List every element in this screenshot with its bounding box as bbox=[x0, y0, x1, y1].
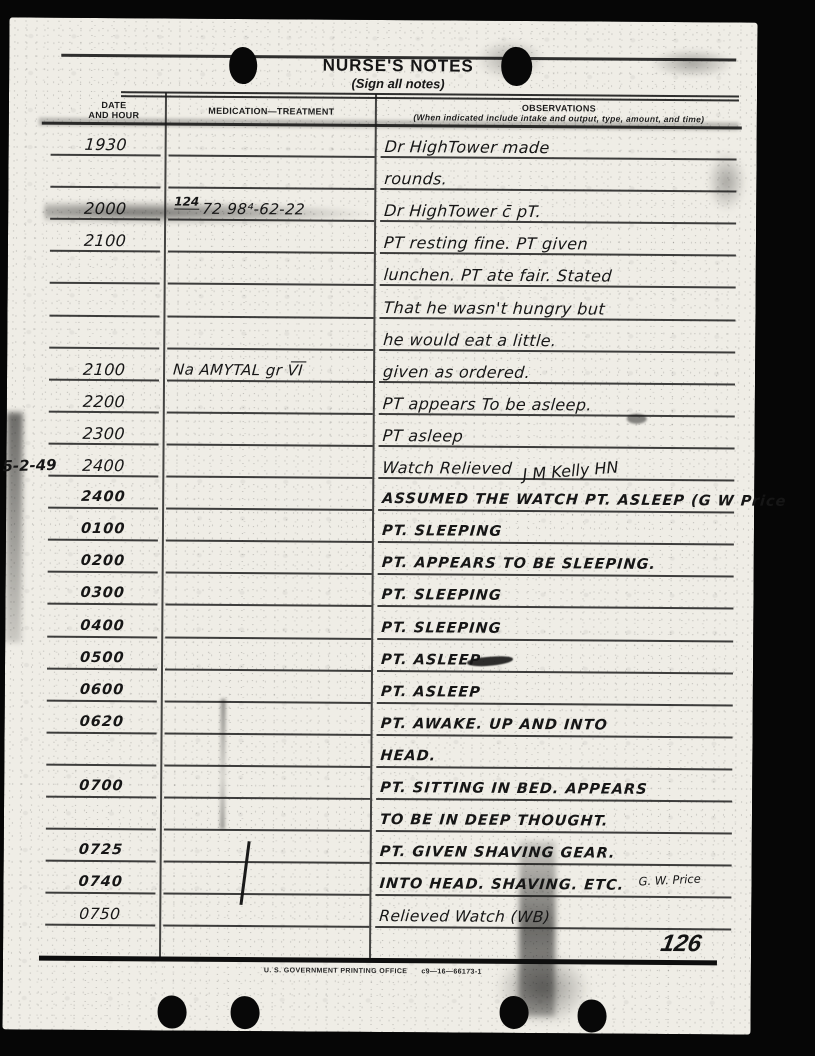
row-observation: Dr HighTower c̄ pT. bbox=[383, 201, 542, 221]
row-observation: PT. GIVEN SHAVING GEAR. bbox=[379, 843, 616, 864]
row-observation: lunchen. PT ate fair. Stated bbox=[383, 265, 613, 286]
row-date-hour: 0200 bbox=[80, 552, 126, 571]
row-medication-cell bbox=[165, 577, 371, 607]
row-observation-cell: PT. SLEEPING bbox=[377, 610, 733, 641]
row-date-hour: 0740 bbox=[78, 873, 124, 892]
row-date-hour-cell: 2100 bbox=[50, 223, 160, 253]
row-observation-cell: PT. SLEEPING bbox=[378, 514, 734, 545]
row-date-hour-cell: 1930 bbox=[51, 127, 161, 157]
footer-code: c9—16—66173-1 bbox=[421, 968, 482, 975]
row-date-hour: 2000 bbox=[83, 199, 127, 218]
row-medication-cell bbox=[163, 866, 369, 896]
row-date-hour-cell bbox=[50, 255, 160, 285]
row-date-hour: 0750 bbox=[79, 905, 122, 924]
table-row: 0700 PT. SITTING IN BED. APPEARS bbox=[4, 770, 752, 802]
row-date-hour: 2400 bbox=[82, 456, 126, 475]
row-observation-cell: PT appears To be asleep. bbox=[379, 386, 735, 417]
row-date-hour: 0700 bbox=[78, 777, 124, 796]
row-medication-cell bbox=[164, 834, 370, 864]
row-observation: TO BE IN DEEP THOUGHT. bbox=[379, 811, 609, 832]
row-medication-cell bbox=[168, 224, 374, 254]
row-date-hour-cell: 0400 bbox=[47, 608, 157, 638]
row-date-hour: 0500 bbox=[79, 649, 125, 668]
row-observation: That he wasn't hungry but bbox=[383, 298, 606, 319]
row-observation-cell: PT. SITTING IN BED. APPEARS bbox=[376, 771, 732, 802]
row-date-hour-cell bbox=[49, 287, 159, 317]
row-date-hour-cell: 0750 bbox=[45, 897, 155, 927]
row-date-hour: 2100 bbox=[83, 231, 127, 250]
row-date-hour-cell: 0740 bbox=[45, 865, 155, 895]
row-observation: PT asleep bbox=[382, 426, 464, 446]
row-observation: rounds. bbox=[384, 169, 448, 188]
row-date-hour-cell: 0600 bbox=[47, 672, 157, 702]
row-observation-cell: lunchen. PT ate fair. Stated bbox=[380, 257, 736, 288]
row-medication-cell bbox=[167, 320, 373, 350]
row-date-hour: 1930 bbox=[84, 135, 128, 154]
row-observation: PT appears To be asleep. bbox=[382, 394, 593, 414]
table-row: HEAD. bbox=[4, 738, 752, 770]
row-date-hour-cell: 2400 bbox=[48, 448, 158, 478]
row-observation-cell: given as ordered. bbox=[379, 354, 735, 385]
row-medication-cell bbox=[164, 737, 370, 767]
table-row: 2300 PT asleep bbox=[7, 417, 755, 449]
row-medication-cell bbox=[166, 545, 372, 575]
row-observation-cell: PT. GIVEN SHAVING GEAR. bbox=[376, 835, 732, 866]
row-medication-cell bbox=[169, 128, 375, 158]
row-date-hour-cell: 2100 bbox=[49, 351, 159, 381]
row-observation-cell: he would eat a little. bbox=[379, 322, 735, 353]
row-observation: PT. APPEARS TO BE SLEEPING. bbox=[381, 554, 657, 575]
row-date-hour-cell: 0700 bbox=[46, 769, 156, 799]
row-observation-cell: PT. ASLEEP bbox=[377, 643, 733, 674]
table-row: 0100 PT. SLEEPING bbox=[6, 514, 754, 546]
row-date-hour-cell bbox=[46, 737, 156, 767]
table-row: 5-2-49 2400 Watch RelievedJ M Kelly HN bbox=[6, 449, 754, 481]
row-date-hour: 0620 bbox=[79, 713, 125, 732]
row-medication-cell bbox=[166, 513, 372, 543]
table-row: 0740 INTO HEAD. SHAVING. ETC.G. W. Price bbox=[3, 867, 751, 899]
row-observation: PT. SLEEPING bbox=[381, 586, 503, 606]
rows: 1930 Dr HighTower made rounds. 2000 1247… bbox=[2, 17, 757, 1034]
row-date-hour-cell: 0200 bbox=[48, 544, 158, 574]
row-observation: Relieved Watch (WB) bbox=[379, 907, 551, 927]
row-observation-cell: Dr HighTower made bbox=[381, 129, 737, 160]
row-medication-cell bbox=[166, 449, 372, 479]
row-medication-cell bbox=[167, 288, 373, 318]
table-row: 1930 Dr HighTower made bbox=[9, 128, 757, 160]
table-row: 2100 PT resting fine. PT given bbox=[8, 225, 756, 257]
table-row: rounds. bbox=[8, 160, 756, 192]
row-medication-cell bbox=[167, 416, 373, 446]
row-date-hour: 2200 bbox=[82, 392, 126, 411]
row-medication-cell bbox=[167, 384, 373, 414]
row-medication-cell bbox=[166, 481, 372, 511]
row-observation-cell: PT. SLEEPING bbox=[377, 578, 733, 609]
row-observation: HEAD. bbox=[380, 747, 437, 766]
row-observation: Watch Relieved bbox=[382, 458, 513, 478]
row-date-hour-cell: 2300 bbox=[49, 416, 159, 446]
row-date-hour: 0400 bbox=[79, 616, 125, 635]
row-medication-cell bbox=[165, 705, 371, 735]
row-observation: PT. ASLEEP bbox=[380, 651, 481, 671]
row-observation: PT resting fine. PT given bbox=[383, 233, 589, 253]
row-observation-cell: HEAD. bbox=[376, 739, 732, 770]
row-observation: Dr HighTower made bbox=[384, 137, 551, 157]
table-row: he would eat a little. bbox=[7, 321, 755, 353]
row-date-hour-cell bbox=[50, 159, 160, 189]
row-observation-cell: Watch RelievedJ M Kelly HN bbox=[378, 450, 734, 481]
row-medication-cell bbox=[165, 609, 371, 639]
table-row: 2100 Na AMYTAL gr V̅I̅ given as ordered. bbox=[7, 353, 755, 385]
row-date-hour-cell: 0300 bbox=[47, 576, 157, 606]
row-medication: 72 98⁴-62-22 bbox=[202, 200, 306, 220]
row-observation-cell: Dr HighTower c̄ pT. bbox=[380, 193, 736, 224]
row-date-hour-cell: 0620 bbox=[47, 704, 157, 734]
row-observation-cell: ASSUMED THE WATCH PT. ASLEEP (G W Price bbox=[378, 482, 734, 513]
row-observation: PT. SLEEPING bbox=[381, 522, 503, 542]
row-medication-cell bbox=[163, 898, 369, 928]
page-number: 126 bbox=[659, 930, 724, 958]
table-row: 0500 PT. ASLEEP bbox=[5, 642, 753, 674]
row-date-hour-cell: 2400 bbox=[48, 480, 158, 510]
row-observation-cell: rounds. bbox=[380, 161, 736, 192]
table-row: 0750 Relieved Watch (WB) bbox=[3, 899, 751, 931]
row-date-hour: 2300 bbox=[82, 424, 126, 443]
row-observation: PT. SITTING IN BED. APPEARS bbox=[379, 779, 648, 800]
row-observation: INTO HEAD. SHAVING. ETC. bbox=[379, 875, 625, 896]
row-date-hour: 2100 bbox=[82, 360, 126, 379]
row-observation-cell: That he wasn't hungry but bbox=[379, 289, 735, 320]
row-signature: G. W. Price bbox=[638, 872, 701, 889]
row-medication-cell bbox=[164, 770, 370, 800]
row-medication-cell bbox=[165, 673, 371, 703]
table-row: That he wasn't hungry but bbox=[7, 289, 755, 321]
table-row: 0400 PT. SLEEPING bbox=[5, 610, 753, 642]
table-row: 0200 PT. APPEARS TO BE SLEEPING. bbox=[6, 546, 754, 578]
hole-punch bbox=[577, 999, 606, 1032]
row-medication-cell: Na AMYTAL gr V̅I̅ bbox=[167, 352, 373, 382]
row-observation: he would eat a little. bbox=[383, 330, 558, 350]
table-row: lunchen. PT ate fair. Stated bbox=[8, 257, 756, 289]
table-row: 0300 PT. SLEEPING bbox=[5, 578, 753, 610]
row-date-hour-cell: 2000 bbox=[50, 191, 160, 221]
scan-background: NURSE'S NOTES (Sign all notes) DATE AND … bbox=[0, 0, 815, 1056]
row-observation: given as ordered. bbox=[382, 362, 531, 382]
table-row: 0725 PT. GIVEN SHAVING GEAR. bbox=[4, 835, 752, 867]
row-observation-cell: INTO HEAD. SHAVING. ETC.G. W. Price bbox=[375, 867, 731, 898]
hole-punch bbox=[230, 996, 259, 1029]
row-observation-cell: PT resting fine. PT given bbox=[380, 225, 736, 256]
row-date-hour: 0300 bbox=[80, 584, 126, 603]
row-medication-cell: 12472 98⁴-62-22 bbox=[168, 192, 374, 222]
row-medication-cell bbox=[168, 160, 374, 190]
row-date-hour-cell: 0725 bbox=[46, 833, 156, 863]
table-row: TO BE IN DEEP THOUGHT. bbox=[4, 802, 752, 834]
table-row: 0600 PT. ASLEEP bbox=[5, 674, 753, 706]
row-observation-cell: PT. AWAKE. UP AND INTO bbox=[377, 707, 733, 738]
row-date-hour-cell: 0500 bbox=[47, 640, 157, 670]
row-observation: PT. ASLEEP bbox=[380, 683, 481, 703]
row-observation: PT. SLEEPING bbox=[381, 619, 503, 639]
row-date-hour-cell bbox=[49, 319, 159, 349]
table-row: 2000 12472 98⁴-62-22 Dr HighTower c̄ pT. bbox=[8, 193, 756, 225]
row-observation-cell: Relieved Watch (WB) bbox=[375, 899, 731, 930]
row-observation-cell: TO BE IN DEEP THOUGHT. bbox=[376, 803, 732, 834]
row-medication: Na AMYTAL gr V̅I̅ bbox=[172, 360, 303, 380]
footer-printer: U. S. GOVERNMENT PRINTING OFFICE bbox=[264, 967, 408, 975]
row-signature: J M Kelly HN bbox=[522, 458, 619, 485]
nurses-notes-page: NURSE'S NOTES (Sign all notes) DATE AND … bbox=[2, 17, 757, 1034]
row-date-hour: 2400 bbox=[80, 488, 126, 507]
table-row: 2400 ASSUMED THE WATCH PT. ASLEEP (G W P… bbox=[6, 481, 754, 513]
row-date-hour-cell: 2200 bbox=[49, 383, 159, 413]
row-observation-cell: PT. ASLEEP bbox=[377, 675, 733, 706]
table-row: 2200 PT appears To be asleep. bbox=[7, 385, 755, 417]
row-medication-cell bbox=[168, 256, 374, 286]
row-observation: PT. AWAKE. UP AND INTO bbox=[380, 715, 609, 736]
row-date-hour: 0100 bbox=[80, 520, 126, 539]
row-medication-cell bbox=[164, 802, 370, 832]
hole-punch bbox=[157, 995, 186, 1028]
hole-punch bbox=[499, 996, 528, 1029]
row-observation-cell: PT asleep bbox=[379, 418, 735, 449]
row-date-hour-cell bbox=[46, 801, 156, 831]
row-observation: ASSUMED THE WATCH PT. ASLEEP (G W Price bbox=[381, 490, 787, 512]
row-medication-superscript: 124 bbox=[174, 195, 199, 210]
row-medication-cell bbox=[165, 641, 371, 671]
row-date-hour: 0725 bbox=[78, 841, 124, 860]
row-observation-cell: PT. APPEARS TO BE SLEEPING. bbox=[378, 546, 734, 577]
table-row: 0620 PT. AWAKE. UP AND INTO bbox=[5, 706, 753, 738]
row-date-hour: 0600 bbox=[79, 681, 125, 700]
row-date-hour-cell: 0100 bbox=[48, 512, 158, 542]
